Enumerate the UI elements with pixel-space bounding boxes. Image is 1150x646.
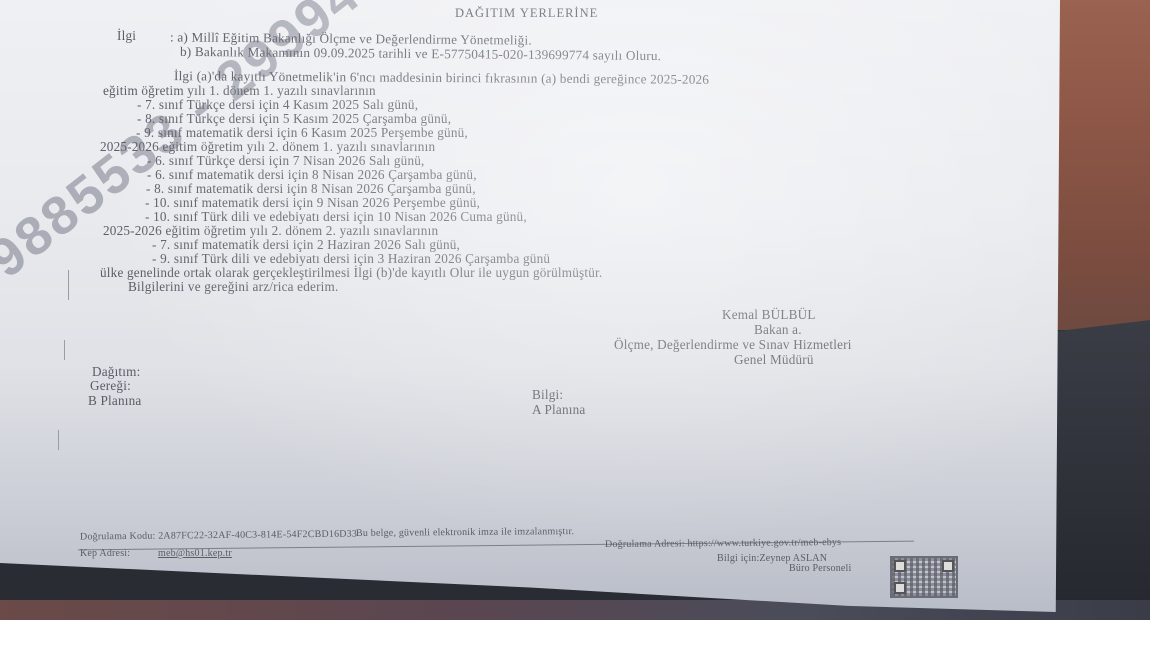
- document-heading: DAĞITIM YERLERİNE: [455, 6, 598, 21]
- desk-background: [1055, 0, 1150, 330]
- distribution-action-label: Gereği:: [90, 378, 131, 394]
- signatory-title-3: Genel Müdürü: [734, 352, 814, 368]
- distribution-action-value: B Planına: [88, 393, 141, 409]
- margin-mark: [64, 340, 65, 360]
- term2-exam1-heading: 2025-2026 eğitim öğretim yılı 2. dönem 1…: [100, 139, 435, 155]
- ilgi-label: İlgi: [117, 28, 136, 44]
- e-signature-note: Bu belge, güvenli elektronik imza ile im…: [356, 526, 574, 539]
- exam-item: - 9. sınıf Türk dili ve edebiyatı dersi …: [152, 251, 550, 267]
- verification-code: Doğrulama Kodu: 2A87FC22-32AF-40C3-814E-…: [80, 529, 357, 543]
- exam-item: - 6. sınıf Türkçe dersi için 7 Nisan 202…: [147, 153, 425, 169]
- margin-mark: [58, 430, 59, 450]
- contact-role: Büro Personeli: [789, 563, 852, 574]
- body-intro-2: eğitim öğretim yılı 1. dönem 1. yazılı s…: [103, 83, 376, 99]
- contact-person: Bilgi için:Zeynep ASLAN: [717, 553, 827, 564]
- signatory-name: Kemal BÜLBÜL: [722, 307, 816, 323]
- closing-1: ülke genelinde ortak olarak gerçekleştir…: [100, 265, 602, 281]
- ilgi-a: : a) Millî Eğitim Bakanlığı Ölçme ve Değ…: [170, 29, 532, 48]
- body-intro-1: İlgi (a)'da kayıtlı Yönetmelik'in 6'ncı …: [174, 68, 709, 88]
- closing-2: Bilgilerini ve gereğini arz/rica ederim.: [128, 279, 339, 295]
- exam-item: - 8. sınıf Türkçe dersi için 5 Kasım 202…: [137, 111, 451, 127]
- exam-item: - 10. sınıf Türk dili ve edebiyatı dersi…: [145, 209, 527, 225]
- document-photo: 99885533 - 29994885 DAĞITIM YERLERİNE İl…: [0, 0, 1150, 620]
- margin-mark: [68, 270, 69, 300]
- verification-address: Doğrulama Adresi: https://www.turkiye.go…: [605, 537, 841, 550]
- signatory-title-1: Bakan a.: [754, 322, 802, 338]
- ilgi-b: b) Bakanlık Makamının 09.09.2025 tarihli…: [180, 44, 661, 64]
- exam-item: - 7. sınıf matematik dersi için 2 Hazira…: [152, 237, 460, 253]
- distribution-info-value: A Planına: [532, 402, 585, 418]
- exam-item: - 6. sınıf matematik dersi için 8 Nisan …: [147, 167, 477, 183]
- footer-rule: [78, 541, 914, 551]
- desk-shadow: [1050, 320, 1150, 620]
- distribution-label: Dağıtım:: [92, 364, 140, 380]
- kep-address-link[interactable]: meb@hs01.kep.tr: [158, 548, 232, 559]
- qr-code-icon: [890, 556, 958, 598]
- exam-item: - 9. sınıf matematik dersi için 6 Kasım …: [136, 125, 468, 141]
- kep-label: Kep Adresi:: [80, 548, 130, 559]
- paper-sheet: 99885533 - 29994885 DAĞITIM YERLERİNE İl…: [0, 0, 1060, 612]
- watermark: 99885533 - 29994885: [0, 0, 777, 310]
- term2-exam2-heading: 2025-2026 eğitim öğretim yılı 2. dönem 2…: [103, 223, 438, 239]
- exam-item: - 10. sınıf matematik dersi için 9 Nisan…: [145, 195, 480, 211]
- signatory-title-2: Ölçme, Değerlendirme ve Sınav Hizmetleri: [614, 337, 852, 353]
- distribution-info-label: Bilgi:: [532, 387, 563, 403]
- exam-item: - 8. sınıf matematik dersi için 8 Nisan …: [146, 181, 476, 197]
- exam-item: - 7. sınıf Türkçe dersi için 4 Kasım 202…: [137, 97, 418, 113]
